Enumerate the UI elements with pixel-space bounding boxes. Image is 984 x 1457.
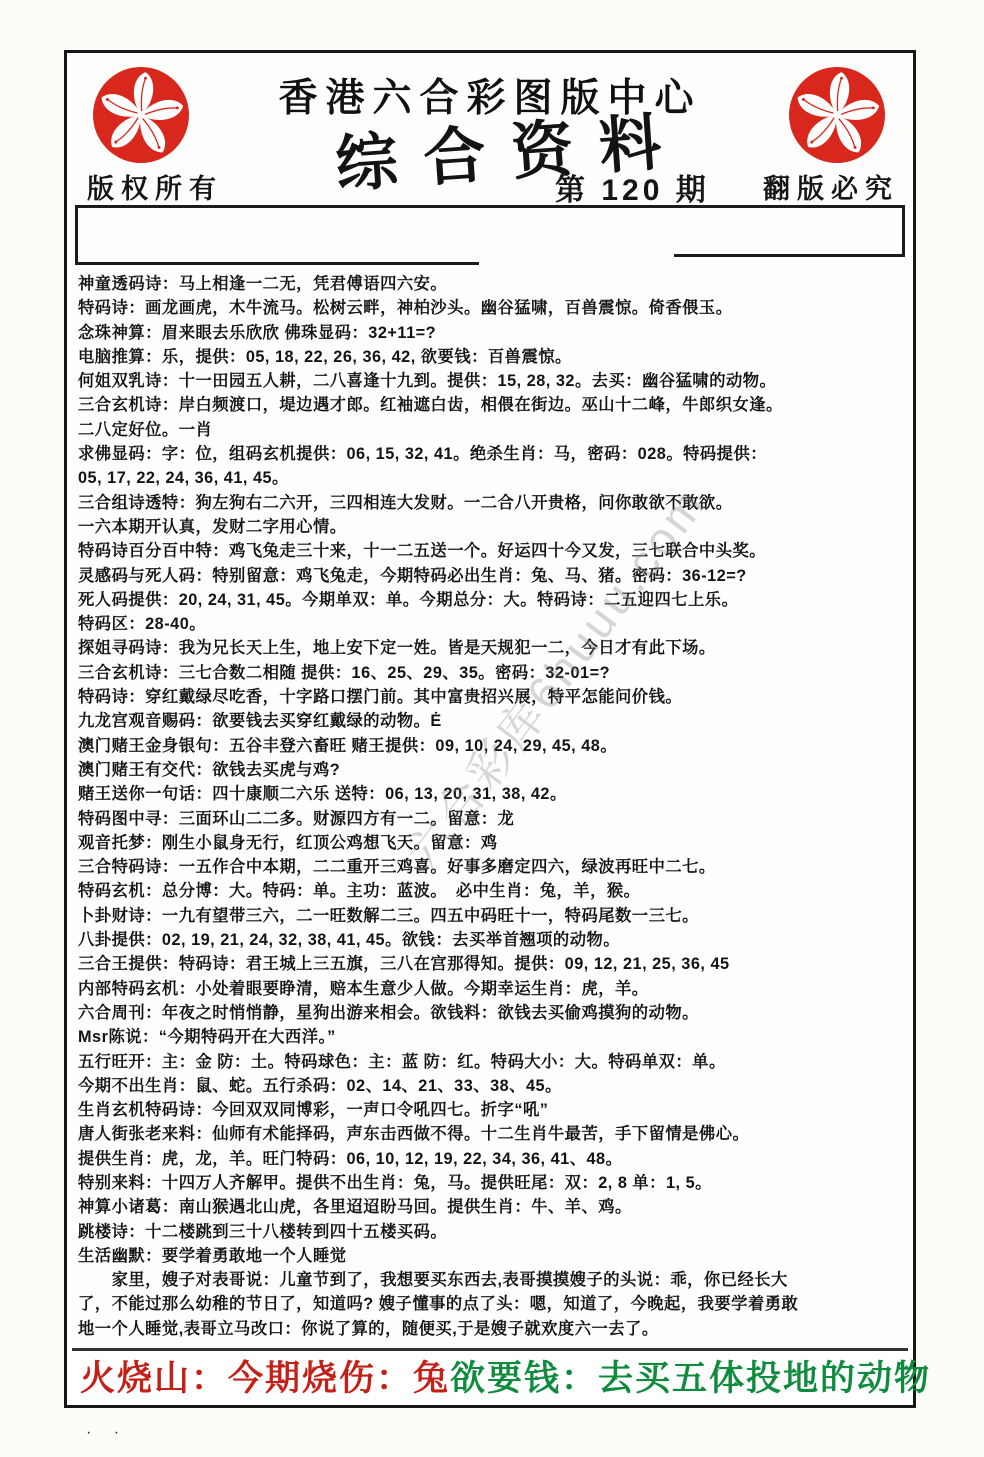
info-line: 地一个人睡觉,表哥立马改口：你说了算的，随便买,于是嫂子就欢度六一去了。 (78, 1317, 902, 1341)
info-line: 澳门赌王有交代：欲钱去买虎与鸡? (78, 758, 902, 782)
info-line: 电脑推算：乐，提供：05, 18, 22, 26, 36, 42, 欲要钱：百兽… (78, 345, 902, 369)
blank-box-border-segment (75, 262, 479, 265)
info-line: 内部特码玄机：小处着眼要睁清，赔本生意少人做。今期幸运生肖：虎，羊。 (78, 977, 902, 1001)
info-line: 家里，嫂子对表哥说：儿童节到了，我想要买东西去,表哥摸摸嫂子的头说：乖，你已经长… (78, 1268, 902, 1292)
info-line: 唐人街张老来料：仙师有术能择码，声东击西做不得。十二生肖牛最苦，手下留情是佛心。 (78, 1122, 902, 1146)
info-line: 特码图中寻：三面环山二二多。财源四方有一二。留意：龙 (78, 807, 902, 831)
banner-red-text: 火烧山：今期烧伤：兔 (80, 1351, 450, 1401)
info-line: 提供生肖：虎，龙，羊。旺门特码：06, 10, 12, 19, 22, 34, … (78, 1147, 902, 1171)
info-line: 灵感码与死人码：特别留意：鸡飞兔走，今期特码必出生肖：兔、马、猪。密码：36-1… (78, 564, 902, 588)
info-line: 何姐双乳诗：十一田园五人耕，二八喜逢十九到。提供：15, 28, 32。去买：幽… (78, 369, 902, 393)
copyright-stamp: 版权所有 (87, 167, 223, 206)
info-line: 了，不能过那么幼稚的节日了，知道吗? 嫂子懂事的点了头：嗯，知道了，今晚起，我要… (78, 1292, 902, 1316)
info-line: 五行旺开：主：金 防：土。特码球色：主：蓝 防：红。特码大小：大。特码单双：单。 (78, 1050, 902, 1074)
info-line: 一六本期开认真，发财二字用心情。 (78, 515, 902, 539)
header: 香港六合彩图版中心 综合资料 第 120 期 版权所有 翻版必究 (67, 53, 913, 203)
blank-box-border-segment (674, 254, 905, 257)
info-line: 六合周刊：年夜之时悄悄静，星狗出游来相会。欲钱料：欲钱去买偷鸡摸狗的动物。 (78, 1001, 902, 1025)
info-line: 今期不出生肖：鼠、蛇。五行杀码：02、14、21、33、38、45。 (78, 1074, 902, 1098)
info-line: 九龙宫观音赐码：欲要钱去买穿红戴绿的动物。Ė (78, 709, 902, 733)
info-line: 特码诗：穿红戴绿尽吃香，十字路口摆门前。其中富贵招兴展，特平怎能问价钱。 (78, 685, 902, 709)
info-line: 跳楼诗：十二楼跳到三十八楼转到四十五楼买码。 (78, 1220, 902, 1244)
blank-box-border-segment (75, 256, 78, 265)
info-line: 神算小诸葛：南山猴遇北山虎，各里迢迢盼马回。提供生肖：牛、羊、鸡。 (78, 1195, 902, 1219)
info-line: 特码诗百分百中特：鸡飞兔走三十来，十一二五送一个。好运四十今又发，三七联合中头奖… (78, 539, 902, 563)
info-line: Msr陈说：“今期特码开在大西洋。” (78, 1025, 902, 1049)
info-line: 探姐寻码诗：我为兄长天上生，地上安下定一姓。皆是天规犯一二，今日才有此下场。 (78, 636, 902, 660)
info-line: 神童透码诗：马上相逢一二无，凭君傅语四六安。 (78, 272, 902, 296)
blank-ad-box (75, 205, 905, 256)
info-line: 观音托梦：刚生小鼠身无行，红顶公鸡想飞天。留意：鸡 (78, 831, 902, 855)
info-line: 求佛显码：字：位，组码玄机提供：06, 15, 32, 41。绝杀生肖：马，密码… (78, 442, 902, 466)
info-line: 生肖玄机特码诗：今回双双同博彩，一声口令吼四七。折字“吼” (78, 1098, 902, 1122)
info-line: 05, 17, 22, 24, 36, 41, 45。 (78, 466, 902, 490)
bauhinia-flower-icon (91, 65, 191, 165)
content-lines: 神童透码诗：马上相逢一二无，凭君傅语四六安。特码诗：画龙画虎，木牛流马。松树云畔… (67, 268, 913, 1341)
info-line: 死人码提供：20, 24, 31, 45。今期单双：单。今期总分：大。特码诗：二… (78, 588, 902, 612)
lottery-info-sheet: 香港六合彩图版中心 综合资料 第 120 期 版权所有 翻版必究 神童透码诗：马… (0, 0, 984, 1457)
bottom-banner: 火烧山：今期烧伤：兔 欲要钱：去买五体投地的动物 (72, 1348, 908, 1400)
info-line: 三合玄机诗：三七合数二相随 提供：16、25、29、35。密码：32-01=? (78, 661, 902, 685)
bauhinia-flower-icon (787, 65, 887, 165)
info-line: 三合特码诗：一五作合中本期，二二重开三鸡喜。好事多磨定四六，绿波再旺中二七。 (78, 855, 902, 879)
outer-frame: 香港六合彩图版中心 综合资料 第 120 期 版权所有 翻版必究 神童透码诗：马… (64, 50, 916, 1408)
info-line: 赌王送你一句话：四十康顺二六乐 送特：06, 13, 20, 31, 38, 4… (78, 782, 902, 806)
hk-bauhinia-logo-right (787, 65, 887, 165)
info-line: 特别来料：十四万人齐解甲。提供不出生肖：兔，马。提供旺尾：双：2, 8 单：1,… (78, 1171, 902, 1195)
info-line: 二八定好位。一肖 (78, 418, 902, 442)
info-line: 特码玄机：总分博：大。特码：单。主功：蓝波。 必中生肖：兔，羊，猴。 (78, 879, 902, 903)
footer-dots: · · (86, 1424, 128, 1442)
issue-number: 第 120 期 (555, 165, 710, 209)
info-line: 三合玄机诗：岸白频渡口，堤边遇才郎。红袖遮白齿，相偎在街边。巫山十二峰，牛郎织女… (78, 393, 902, 417)
anti-piracy-stamp: 翻版必究 (763, 167, 899, 206)
info-line: 生活幽默：要学着勇敢地一个人睡觉 (78, 1244, 902, 1268)
hk-bauhinia-logo-left (91, 65, 191, 165)
info-line: 三合王提供：特码诗：君王城上三五旗，三八在宫那得知。提供：09, 12, 21,… (78, 952, 902, 976)
info-line: 卜卦财诗：一九有望带三六，二一旺数解二三。四五中码旺十一，特码尾数一三七。 (78, 904, 902, 928)
info-line: 特码区：28-40。 (78, 612, 902, 636)
info-line: 八卦提供：02, 19, 21, 24, 32, 38, 41, 45。欲钱：去… (78, 928, 902, 952)
info-line: 三合组诗透特：狗左狗右二六开，三四相连大发财。一二合八开贵格，问你敢欲不敢欲。 (78, 491, 902, 515)
info-line: 念珠神算：眉来眼去乐欣欣 佛珠显码：32+11=? (78, 321, 902, 345)
banner-green-text: 欲要钱：去买五体投地的动物 (450, 1351, 931, 1401)
info-line: 澳门赌王金身银句：五谷丰登六畜旺 赌王提供：09, 10, 24, 29, 45… (78, 734, 902, 758)
info-line: 特码诗：画龙画虎，木牛流马。松树云畔，神柏沙头。幽谷猛啸，百兽震惊。倚香偎玉。 (78, 296, 902, 320)
